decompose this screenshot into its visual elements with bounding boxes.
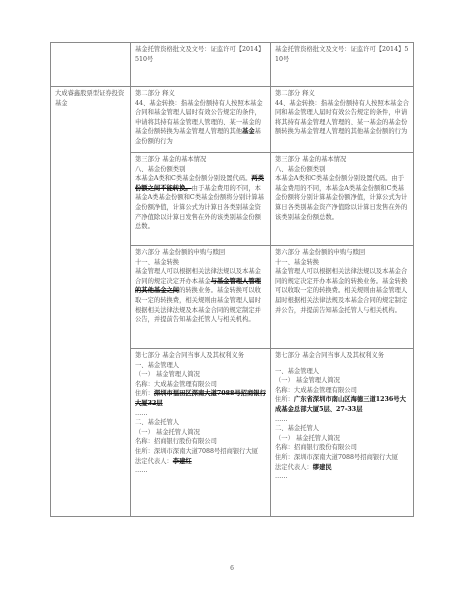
- subsection-heading: 八、基金份额类别: [275, 165, 409, 175]
- page-number: 6: [226, 565, 238, 572]
- custodian-address: 住所：深圳市深南大道7088号招商银行大厦: [275, 453, 409, 463]
- original-cell: 第二部分 释义 44、基金转换：指基金份额持有人按照本基金合同和基金管理人届时有…: [131, 87, 271, 153]
- custodian-name: 名称：招商银行股份有限公司: [275, 443, 409, 453]
- section-heading: 第六部分 基金份额的申购与赎回: [275, 248, 409, 258]
- deleted-address: 深圳市福田区深南大道7088号招商银行大厦32层: [135, 390, 266, 407]
- document-page: 基金托管资格批文及文号：证监许可【2014】510号 基金托管资格批文及文号：证…: [0, 0, 463, 600]
- original-cell: 基金托管资格批文及文号：证监许可【2014】510号: [131, 43, 271, 87]
- custodian-address: 住所：深圳市深南大道7088号招商银行大厦: [135, 447, 266, 457]
- comparison-table: 基金托管资格批文及文号：证监许可【2014】510号 基金托管资格批文及文号：证…: [50, 42, 414, 517]
- revised-cell: 第三部分 基金的基本情况 八、基金份额类别 本基金A类和C类基金份额分别设置代码…: [271, 153, 414, 246]
- party-heading: 一、基金管理人: [275, 367, 409, 377]
- original-cell: 第七部分 基金合同当事人及其权利义务 一、基金管理人 （一） 基金管理人简况 名…: [131, 349, 271, 517]
- revised-cell: 基金托管资格批文及文号：证监许可【2014】510号: [271, 43, 414, 87]
- changed-text: 基金: [242, 128, 255, 135]
- custody-approval-text: 基金托管资格批文及文号：证监许可【2014】510号: [275, 46, 408, 63]
- section-heading: 第二部分 释义: [275, 89, 409, 99]
- custody-approval-text: 基金托管资格批文及文号：证监许可【2014】510号: [135, 46, 264, 63]
- original-cell: 第三部分 基金的基本情况 八、基金份额类别 本基金A类和C类基金份额分别设置代码…: [131, 153, 271, 246]
- party-heading: 二、基金托管人: [275, 424, 409, 434]
- original-cell: 第六部分 基金份额的申购与赎回 十一、基金转换 基金管理人可以根据相关法律法规以…: [131, 246, 271, 349]
- ellipsis: ……: [275, 415, 409, 425]
- party-subheading: （一） 基金托管人简况: [135, 428, 266, 438]
- clause-text: 本基金A类和C类基金份额分别设置代码。由于基金费用的不同，本基金A类基金份额和C…: [275, 175, 407, 220]
- clause-text: 本基金A类和C类基金份额分别设置代码。: [135, 175, 251, 182]
- subsection-heading: 十一、基金转换: [135, 258, 266, 268]
- custodian-name: 名称：招商银行股份有限公司: [135, 437, 266, 447]
- manager-name: 名称：大成基金管理有限公司: [135, 380, 266, 390]
- fund-name-cell-empty: [51, 43, 131, 87]
- table-row: 基金托管资格批文及文号：证监许可【2014】510号 基金托管资格批文及文号：证…: [51, 43, 414, 87]
- party-subheading: （一） 基金托管人简况: [275, 434, 409, 444]
- subsection-heading: 十一、基金转换: [275, 258, 409, 268]
- fund-name: 大成睿鑫股票型证券投资基金: [55, 90, 124, 107]
- party-subheading: （一） 基金管理人简况: [135, 370, 266, 380]
- fund-name-cell: 大成睿鑫股票型证券投资基金: [51, 87, 131, 517]
- subsection-heading: 八、基金份额类别: [135, 165, 266, 175]
- table-row: 大成睿鑫股票型证券投资基金 第二部分 释义 44、基金转换：指基金份额持有人按照…: [51, 87, 414, 153]
- revised-cell: 第六部分 基金份额的申购与赎回 十一、基金转换 基金管理人可以根据相关法律法规以…: [271, 246, 414, 349]
- manager-name: 名称：大成基金管理有限公司: [275, 386, 409, 396]
- party-subheading: （一） 基金管理人简况: [275, 376, 409, 386]
- clause-text: 基金管理人可以根据相关法律法规以及本基金合同的规定决定开办本基金的转换业务。基金…: [275, 268, 407, 313]
- ellipsis: ……: [135, 409, 266, 419]
- section-heading: 第七部分 基金合同当事人及其权利义务: [135, 351, 266, 361]
- section-heading: 第三部分 基金的基本情况: [135, 155, 266, 165]
- clause-text: 44、基金转换：指基金份额持有人按照本基金合同和基金管理人届时有效公告规定的条件…: [275, 100, 409, 136]
- party-heading: 二、基金托管人: [135, 418, 266, 428]
- rep-label: 法定代表人：: [275, 464, 313, 471]
- rep-label: 法定代表人：: [135, 458, 173, 465]
- section-heading: 第二部分 释义: [135, 89, 266, 99]
- section-heading: 第七部分 基金合同当事人及其权利义务: [275, 351, 409, 361]
- ellipsis: ……: [135, 466, 266, 476]
- address-label: 住所：: [275, 396, 294, 403]
- new-address: 广东省深圳市南山区海德三道1236号大成基金总部大厦5层、27-33层: [275, 396, 406, 413]
- section-heading: 第三部分 基金的基本情况: [275, 155, 409, 165]
- address-label: 住所：: [135, 390, 154, 397]
- party-heading: 一、基金管理人: [135, 361, 266, 371]
- section-heading: 第六部分 基金份额的申购与赎回: [135, 248, 266, 258]
- ellipsis: ……: [275, 472, 409, 482]
- revised-cell: 第七部分 基金合同当事人及其权利义务 一、基金管理人 （一） 基金管理人简况 名…: [271, 349, 414, 517]
- deleted-rep: 李建红: [173, 458, 192, 465]
- new-rep: 缪建民: [313, 464, 332, 471]
- revised-cell: 第二部分 释义 44、基金转换：指基金份额持有人按照本基金合同和基金管理人届时有…: [271, 87, 414, 153]
